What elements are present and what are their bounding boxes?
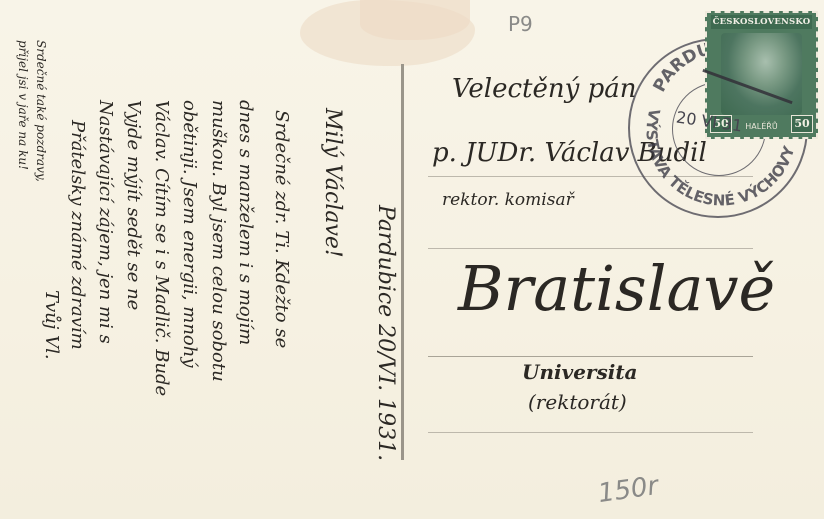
address-city: Bratislavě [458, 252, 775, 325]
message-signature: Tvůj Vl. [41, 290, 62, 360]
stamp-currency: HALÉŘŮ [737, 122, 786, 131]
postcard: P9 150r Velectěný pán p. JUDr. Václav Bu… [0, 0, 824, 519]
message-line: Srdečné zdr. Ti. Kdežto se [271, 110, 292, 348]
address-line [428, 248, 753, 249]
pencil-price: 150r [596, 471, 660, 509]
message-postscript: Srdečné také pozdravy, [34, 40, 48, 182]
address-department: (rektorát) [528, 390, 627, 414]
address-salutation: Velectěný pán [452, 74, 636, 104]
stamp-value-right: 50 [791, 115, 813, 133]
message-line: dnes s manželem i s mojím [235, 100, 256, 345]
address-line [428, 432, 753, 433]
message-postscript: přijel jsi v jaře na ku! [16, 40, 30, 170]
message-line: obětinji. Jsem energii, mnohý [179, 100, 200, 368]
pencil-code: P9 [508, 12, 533, 36]
message-place-date: Pardubice 20/VI. 1931. [373, 205, 398, 461]
address-institution: Universita [522, 360, 638, 384]
center-divider [401, 64, 404, 460]
message-line: Vyjde mýjít sedět se ne [123, 100, 144, 310]
address-line [428, 356, 753, 357]
message-line: Přátelsky známé zdravím [67, 120, 88, 350]
message-line: Václav. Cítím se i s Madlič. Bude [151, 100, 172, 396]
message-line: Nastávající zájem, jen mi s [95, 100, 116, 344]
message-line: muškou. Byl jsem celou sobotu [208, 100, 229, 382]
message-greeting: Milý Václave! [320, 108, 345, 258]
address-title: rektor. komisař [442, 190, 574, 210]
paper-stain [360, 0, 470, 40]
stamp-country: ČESKOSLOVENSKO [711, 15, 812, 29]
